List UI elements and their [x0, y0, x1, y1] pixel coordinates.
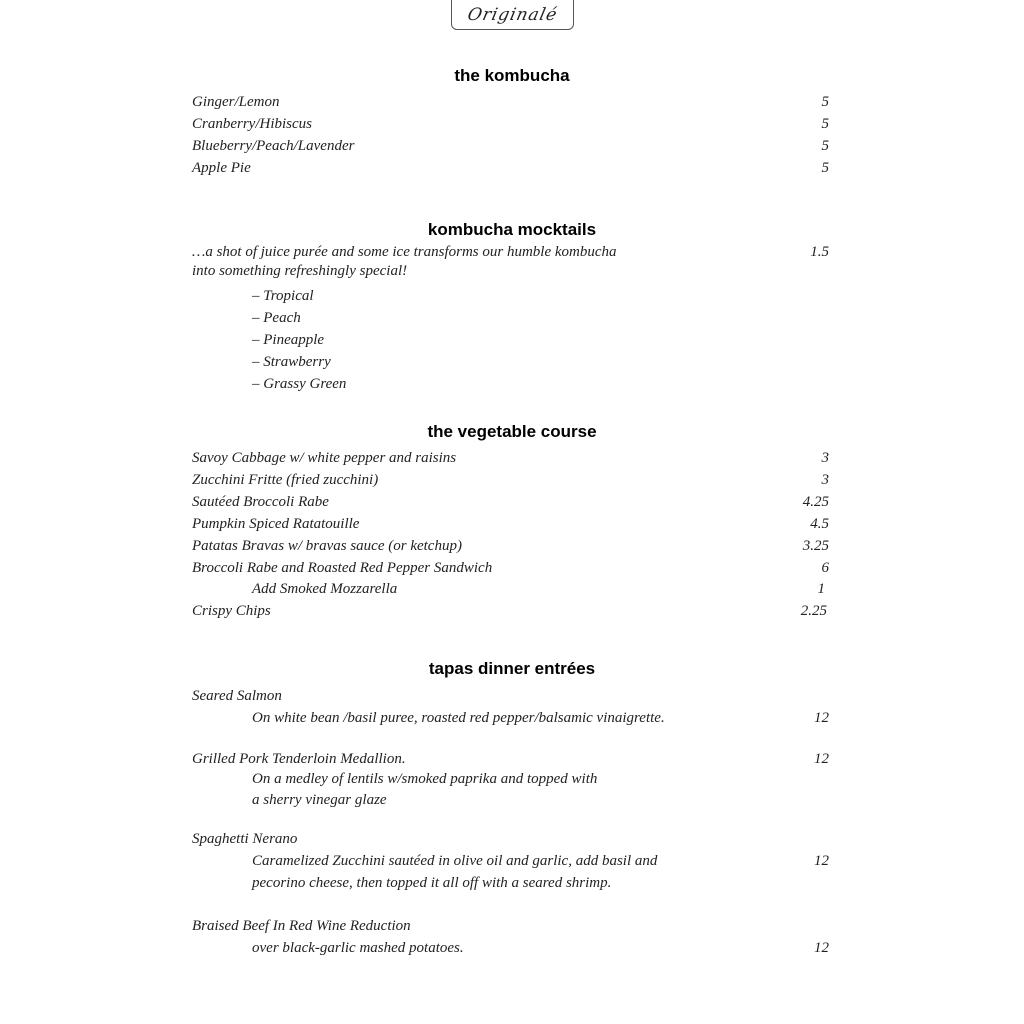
item-price: 3.25 [803, 538, 829, 555]
item-description: On white bean /basil puree, roasted red … [252, 710, 665, 727]
menu-item-addon: Add Smoked Mozzarella1 [192, 581, 829, 603]
entree-name: Grilled Pork Tenderloin Medallion.12 [192, 751, 829, 773]
item-name: Add Smoked Mozzarella [252, 581, 397, 598]
entree-desc: over black-garlic mashed potatoes.12 [192, 940, 829, 962]
item-price: 5 [822, 160, 830, 177]
section-title-entrees: tapas dinner entrées [192, 659, 832, 679]
flavor-item: – Peach [192, 310, 829, 332]
menu-item: Savoy Cabbage w/ white pepper and raisin… [192, 450, 829, 472]
section-title-vegetable: the vegetable course [192, 422, 832, 442]
item-description: over black-garlic mashed potatoes. [252, 940, 464, 957]
item-price: 5 [822, 94, 830, 111]
menu-item: Zucchini Fritte (fried zucchini)3 [192, 472, 829, 494]
item-name: Cranberry/Hibiscus [192, 116, 312, 133]
item-name: Sautéed Broccoli Rabe [192, 494, 329, 511]
mocktails-description-cont: into something refreshingly special! [192, 263, 829, 285]
flavor-item: – Strawberry [192, 354, 829, 376]
item-price: 2.25 [801, 603, 827, 620]
item-price: 12 [814, 940, 829, 957]
flavor-item: – Tropical [192, 288, 829, 310]
flavor-name: – Tropical [252, 288, 314, 305]
originale-logo: Originalé [451, 0, 574, 30]
item-description: On a medley of lentils w/smoked paprika … [252, 771, 597, 788]
item-name: Ginger/Lemon [192, 94, 280, 111]
flavor-item: – Pineapple [192, 332, 829, 354]
flavor-name: – Grassy Green [252, 376, 346, 393]
item-price: 5 [822, 116, 830, 133]
item-price: 12 [814, 710, 829, 727]
item-price: 3 [822, 450, 830, 467]
item-description: Caramelized Zucchini sautéed in olive oi… [252, 853, 657, 870]
entree-desc: pecorino cheese, then topped it all off … [192, 875, 829, 897]
mocktails-description-line1: …a shot of juice purée and some ice tran… [192, 244, 617, 261]
entree-name: Seared Salmon [192, 688, 829, 710]
item-name: Pumpkin Spiced Ratatouille [192, 516, 359, 533]
menu-item: Pumpkin Spiced Ratatouille4.5 [192, 516, 829, 538]
menu-item: Broccoli Rabe and Roasted Red Pepper San… [192, 560, 829, 582]
section-title-kombucha: the kombucha [192, 66, 832, 86]
flavor-name: – Strawberry [252, 354, 331, 371]
logo-text: Originalé [450, 5, 575, 25]
item-price: 1 [818, 581, 826, 598]
item-name: Crispy Chips [192, 603, 271, 620]
entree-desc: a sherry vinegar glaze [192, 792, 829, 814]
item-name: Spaghetti Nerano [192, 831, 297, 848]
item-name: Seared Salmon [192, 688, 282, 705]
item-name: Blueberry/Peach/Lavender [192, 138, 354, 155]
mocktails-price: 1.5 [810, 244, 829, 261]
item-name: Apple Pie [192, 160, 251, 177]
entree-name: Braised Beef In Red Wine Reduction [192, 918, 829, 940]
section-title-mocktails: kombucha mocktails [192, 220, 832, 240]
item-name: Grilled Pork Tenderloin Medallion. [192, 751, 406, 768]
entree-desc: On white bean /basil puree, roasted red … [192, 710, 829, 732]
item-price: 4.25 [803, 494, 829, 511]
entree-desc: On a medley of lentils w/smoked paprika … [192, 771, 829, 793]
item-price: 5 [822, 138, 830, 155]
menu-item: Sautéed Broccoli Rabe4.25 [192, 494, 829, 516]
item-description: a sherry vinegar glaze [252, 792, 387, 809]
menu-item: Apple Pie5 [192, 160, 829, 182]
item-name: Broccoli Rabe and Roasted Red Pepper San… [192, 560, 492, 577]
item-name: Braised Beef In Red Wine Reduction [192, 918, 411, 935]
item-name: Patatas Bravas w/ bravas sauce (or ketch… [192, 538, 462, 555]
item-price: 12 [814, 853, 829, 870]
menu-item: Ginger/Lemon5 [192, 94, 829, 116]
menu-item: Blueberry/Peach/Lavender5 [192, 138, 829, 160]
entree-name: Spaghetti Nerano [192, 831, 829, 853]
menu-item: Crispy Chips2.25 [192, 603, 829, 625]
flavor-name: – Peach [252, 310, 301, 327]
item-name: Zucchini Fritte (fried zucchini) [192, 472, 378, 489]
item-price: 6 [822, 560, 830, 577]
entree-desc: Caramelized Zucchini sautéed in olive oi… [192, 853, 829, 875]
item-name: Savoy Cabbage w/ white pepper and raisin… [192, 450, 456, 467]
menu-item: Cranberry/Hibiscus5 [192, 116, 829, 138]
menu-item: Patatas Bravas w/ bravas sauce (or ketch… [192, 538, 829, 560]
item-price: 12 [814, 751, 829, 768]
item-price: 4.5 [810, 516, 829, 533]
item-price: 3 [822, 472, 830, 489]
mocktails-description-line2: into something refreshingly special! [192, 263, 407, 280]
item-description: pecorino cheese, then topped it all off … [252, 875, 611, 892]
flavor-name: – Pineapple [252, 332, 324, 349]
flavor-item: – Grassy Green [192, 376, 829, 398]
